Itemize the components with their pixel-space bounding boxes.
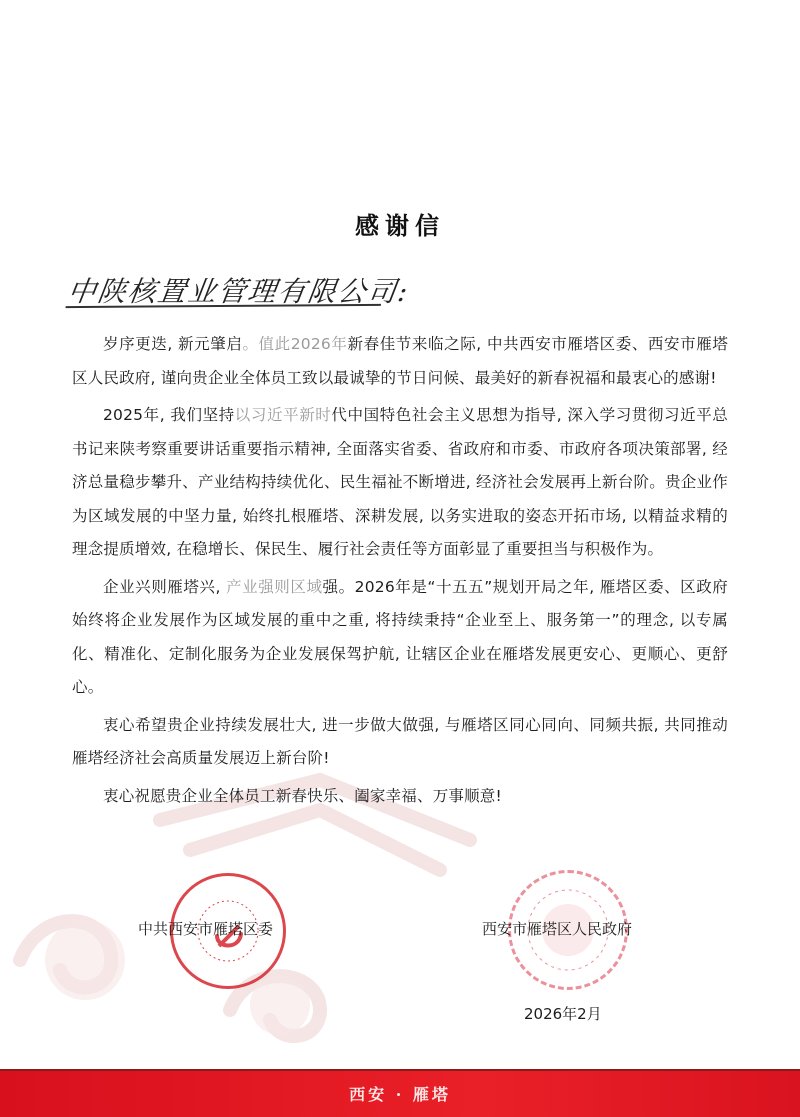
paragraph-text-faded: 产业强则区域 xyxy=(221,578,323,596)
paragraph-text-faded: 。值此2026年 xyxy=(242,335,347,353)
letter-date: 2026年2月 xyxy=(524,1003,602,1024)
paragraph-text: 衷心希望贵企业持续发展壮大, 进一步做大做强, 与雁塔区同心同向、同频共振, 共… xyxy=(72,716,728,768)
signature-block: 中共西安市雁塔区委 西安市雁塔区人民政府 2026年2月 xyxy=(0,900,800,1040)
letter-title: 感谢信 xyxy=(0,206,800,241)
paragraph-1: 岁序更迭, 新元肇启。值此2026年新春佳节来临之际, 中共西安市雁塔区委、西安… xyxy=(72,328,728,395)
paragraph-4: 衷心希望贵企业持续发展壮大, 进一步做大做强, 与雁塔区同心同向、同频共振, 共… xyxy=(72,709,728,776)
paragraph-text: 代中国特色社会主义思想为指导, 深入学习贯彻习近平总书记来陕考察重要讲话重要指示… xyxy=(72,406,728,558)
paragraph-text: 企业兴则雁塔兴, xyxy=(103,578,221,596)
paragraph-text: 2025年, 我们坚持 xyxy=(103,406,235,424)
paragraph-5: 衷心祝愿贵企业全体员工新春快乐、阖家幸福、万事顺意! xyxy=(72,780,728,814)
recipient-salutation: 中陕核置业管理有限公司: xyxy=(65,270,412,310)
letter-page: 感谢信 中陕核置业管理有限公司: 岁序更迭, 新元肇启。值此2026年新春佳节来… xyxy=(0,0,800,1117)
footer-location-text: 西安 · 雁塔 xyxy=(0,1082,800,1105)
paragraph-text: 衷心祝愿贵企业全体员工新春快乐、阖家幸福、万事顺意! xyxy=(103,787,502,805)
letter-body: 岁序更迭, 新元肇启。值此2026年新春佳节来临之际, 中共西安市雁塔区委、西安… xyxy=(72,328,728,817)
signer-party-committee: 中共西安市雁塔区委 xyxy=(138,918,273,939)
footer-band: 西安 · 雁塔 xyxy=(0,1069,800,1117)
paragraph-text: 岁序更迭, 新元肇启 xyxy=(103,335,242,353)
paragraph-text-faded: 以习近平新时 xyxy=(235,406,332,424)
paragraph-2: 2025年, 我们坚持以习近平新时代中国特色社会主义思想为指导, 深入学习贯彻习… xyxy=(72,399,728,567)
paragraph-3: 企业兴则雁塔兴, 产业强则区域强。2026年是“十五五”规划开局之年, 雁塔区委… xyxy=(72,571,728,705)
signer-district-government: 西安市雁塔区人民政府 xyxy=(482,918,632,939)
